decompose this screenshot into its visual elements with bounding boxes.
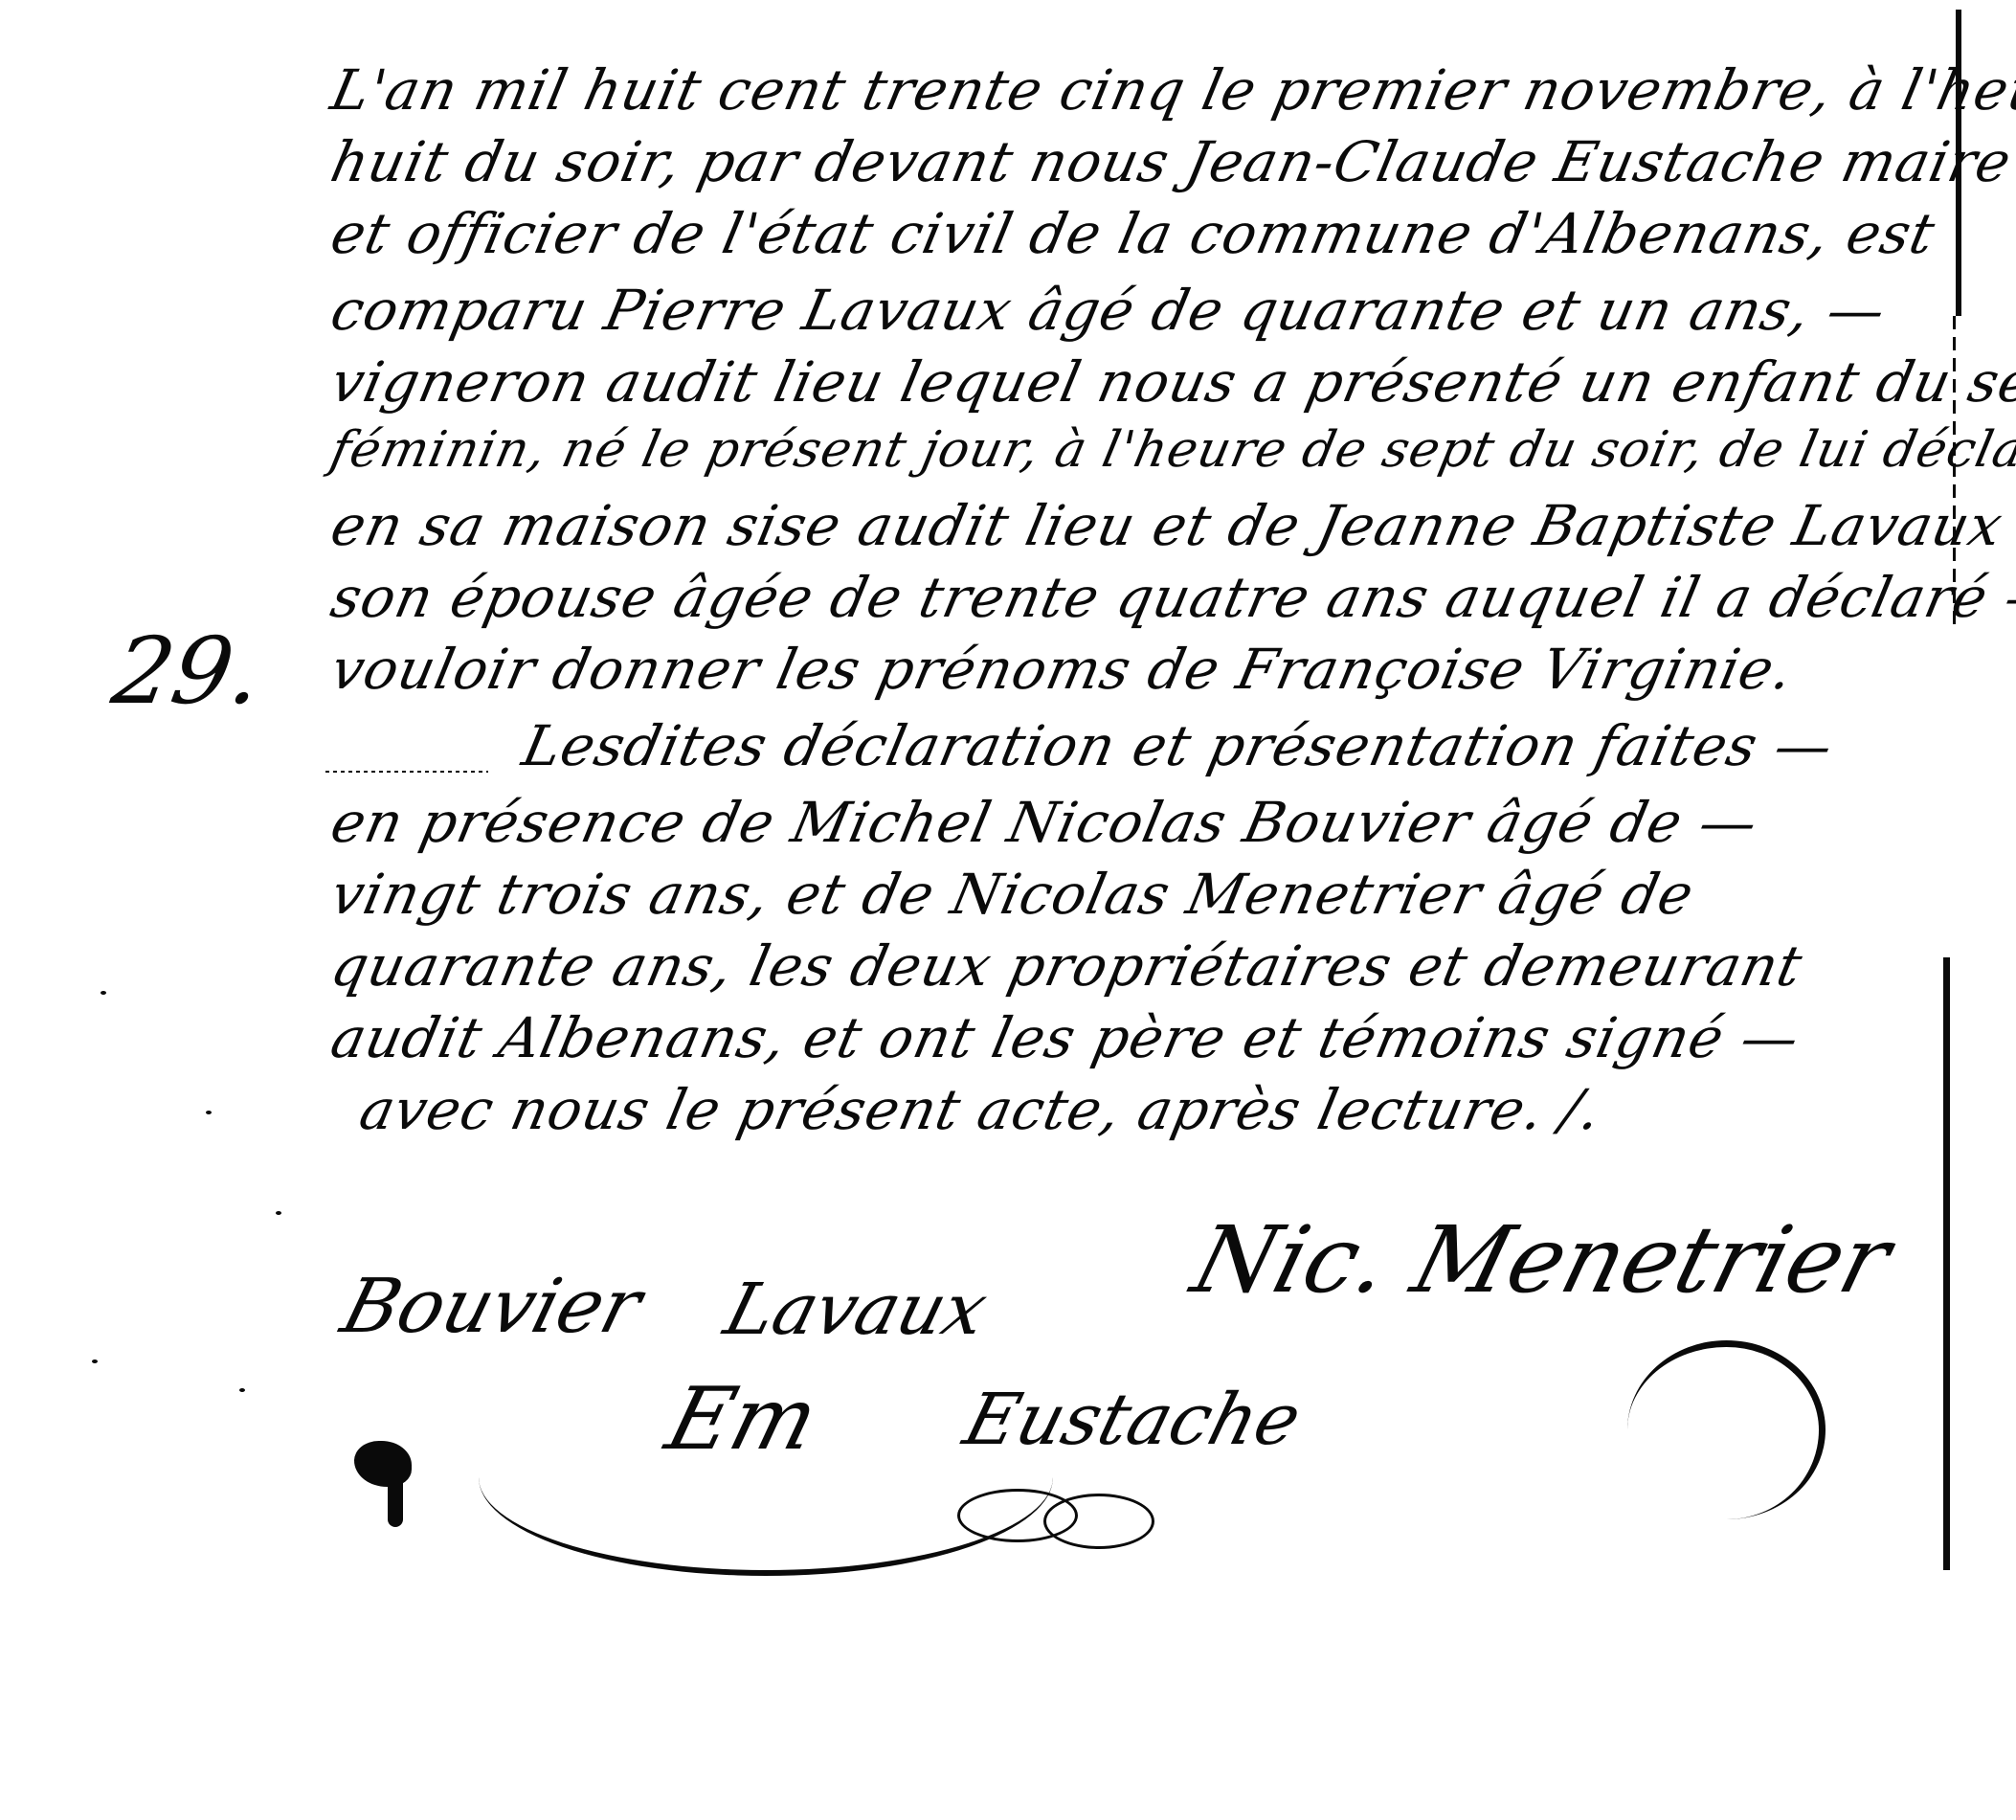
signature-flourish-sweep <box>479 1379 1053 1576</box>
speck <box>101 991 106 995</box>
text-line-15: avec nous le présent acte, après lecture… <box>354 1077 1607 1142</box>
signature-flourish-hook <box>1627 1340 1826 1519</box>
ink-blot <box>354 1441 412 1487</box>
text-line-7: en sa maison sise audit lieu et de Jeann… <box>325 493 2016 558</box>
signature-flourish-loop <box>1043 1494 1154 1549</box>
ink-drip <box>388 1474 403 1527</box>
text-line-9: vouloir donner les prénoms de Françoise … <box>325 637 1799 702</box>
text-line-6: féminin, né le présent jour, à l'heure d… <box>325 421 2016 479</box>
text-line-14: audit Albenans, et ont les père et témoi… <box>325 1005 1805 1070</box>
right-margin-rule-lower <box>1943 957 1950 1570</box>
text-line-5: vigneron audit lieu lequel nous a présen… <box>325 349 2016 415</box>
text-line-4: comparu Pierre Lavaux âgé de quarante et… <box>325 278 1892 343</box>
register-page: 29. L'an mil huit cent trente cinq le pr… <box>0 0 2016 1820</box>
text-line-1: L'an mil huit cent trente cinq le premie… <box>325 57 2016 123</box>
signature-menetrier: Nic. Menetrier <box>1182 1206 1901 1314</box>
signature-bouvier: Bouvier <box>333 1264 650 1350</box>
entry-number: 29. <box>105 618 270 725</box>
speck <box>239 1388 245 1392</box>
indent-dash-line <box>325 771 488 773</box>
text-line-10: Lesdites déclaration et présentation fai… <box>517 713 1839 778</box>
text-line-3: et officier de l'état civil de la commun… <box>325 201 1941 266</box>
text-line-12: vingt trois ans, et de Nicolas Menetrier… <box>325 862 1700 927</box>
text-line-13: quarante ans, les deux propriétaires et … <box>325 933 1808 999</box>
text-line-8: son épouse âgée de trente quatre ans auq… <box>325 565 2016 630</box>
signature-lavaux: Lavaux <box>716 1269 996 1351</box>
speck <box>92 1359 98 1363</box>
speck <box>276 1211 281 1215</box>
text-line-11: en présence de Michel Nicolas Bouvier âg… <box>325 790 1764 855</box>
text-line-2: huit du soir, par devant nous Jean-Claud… <box>325 129 2016 194</box>
speck <box>206 1111 212 1114</box>
